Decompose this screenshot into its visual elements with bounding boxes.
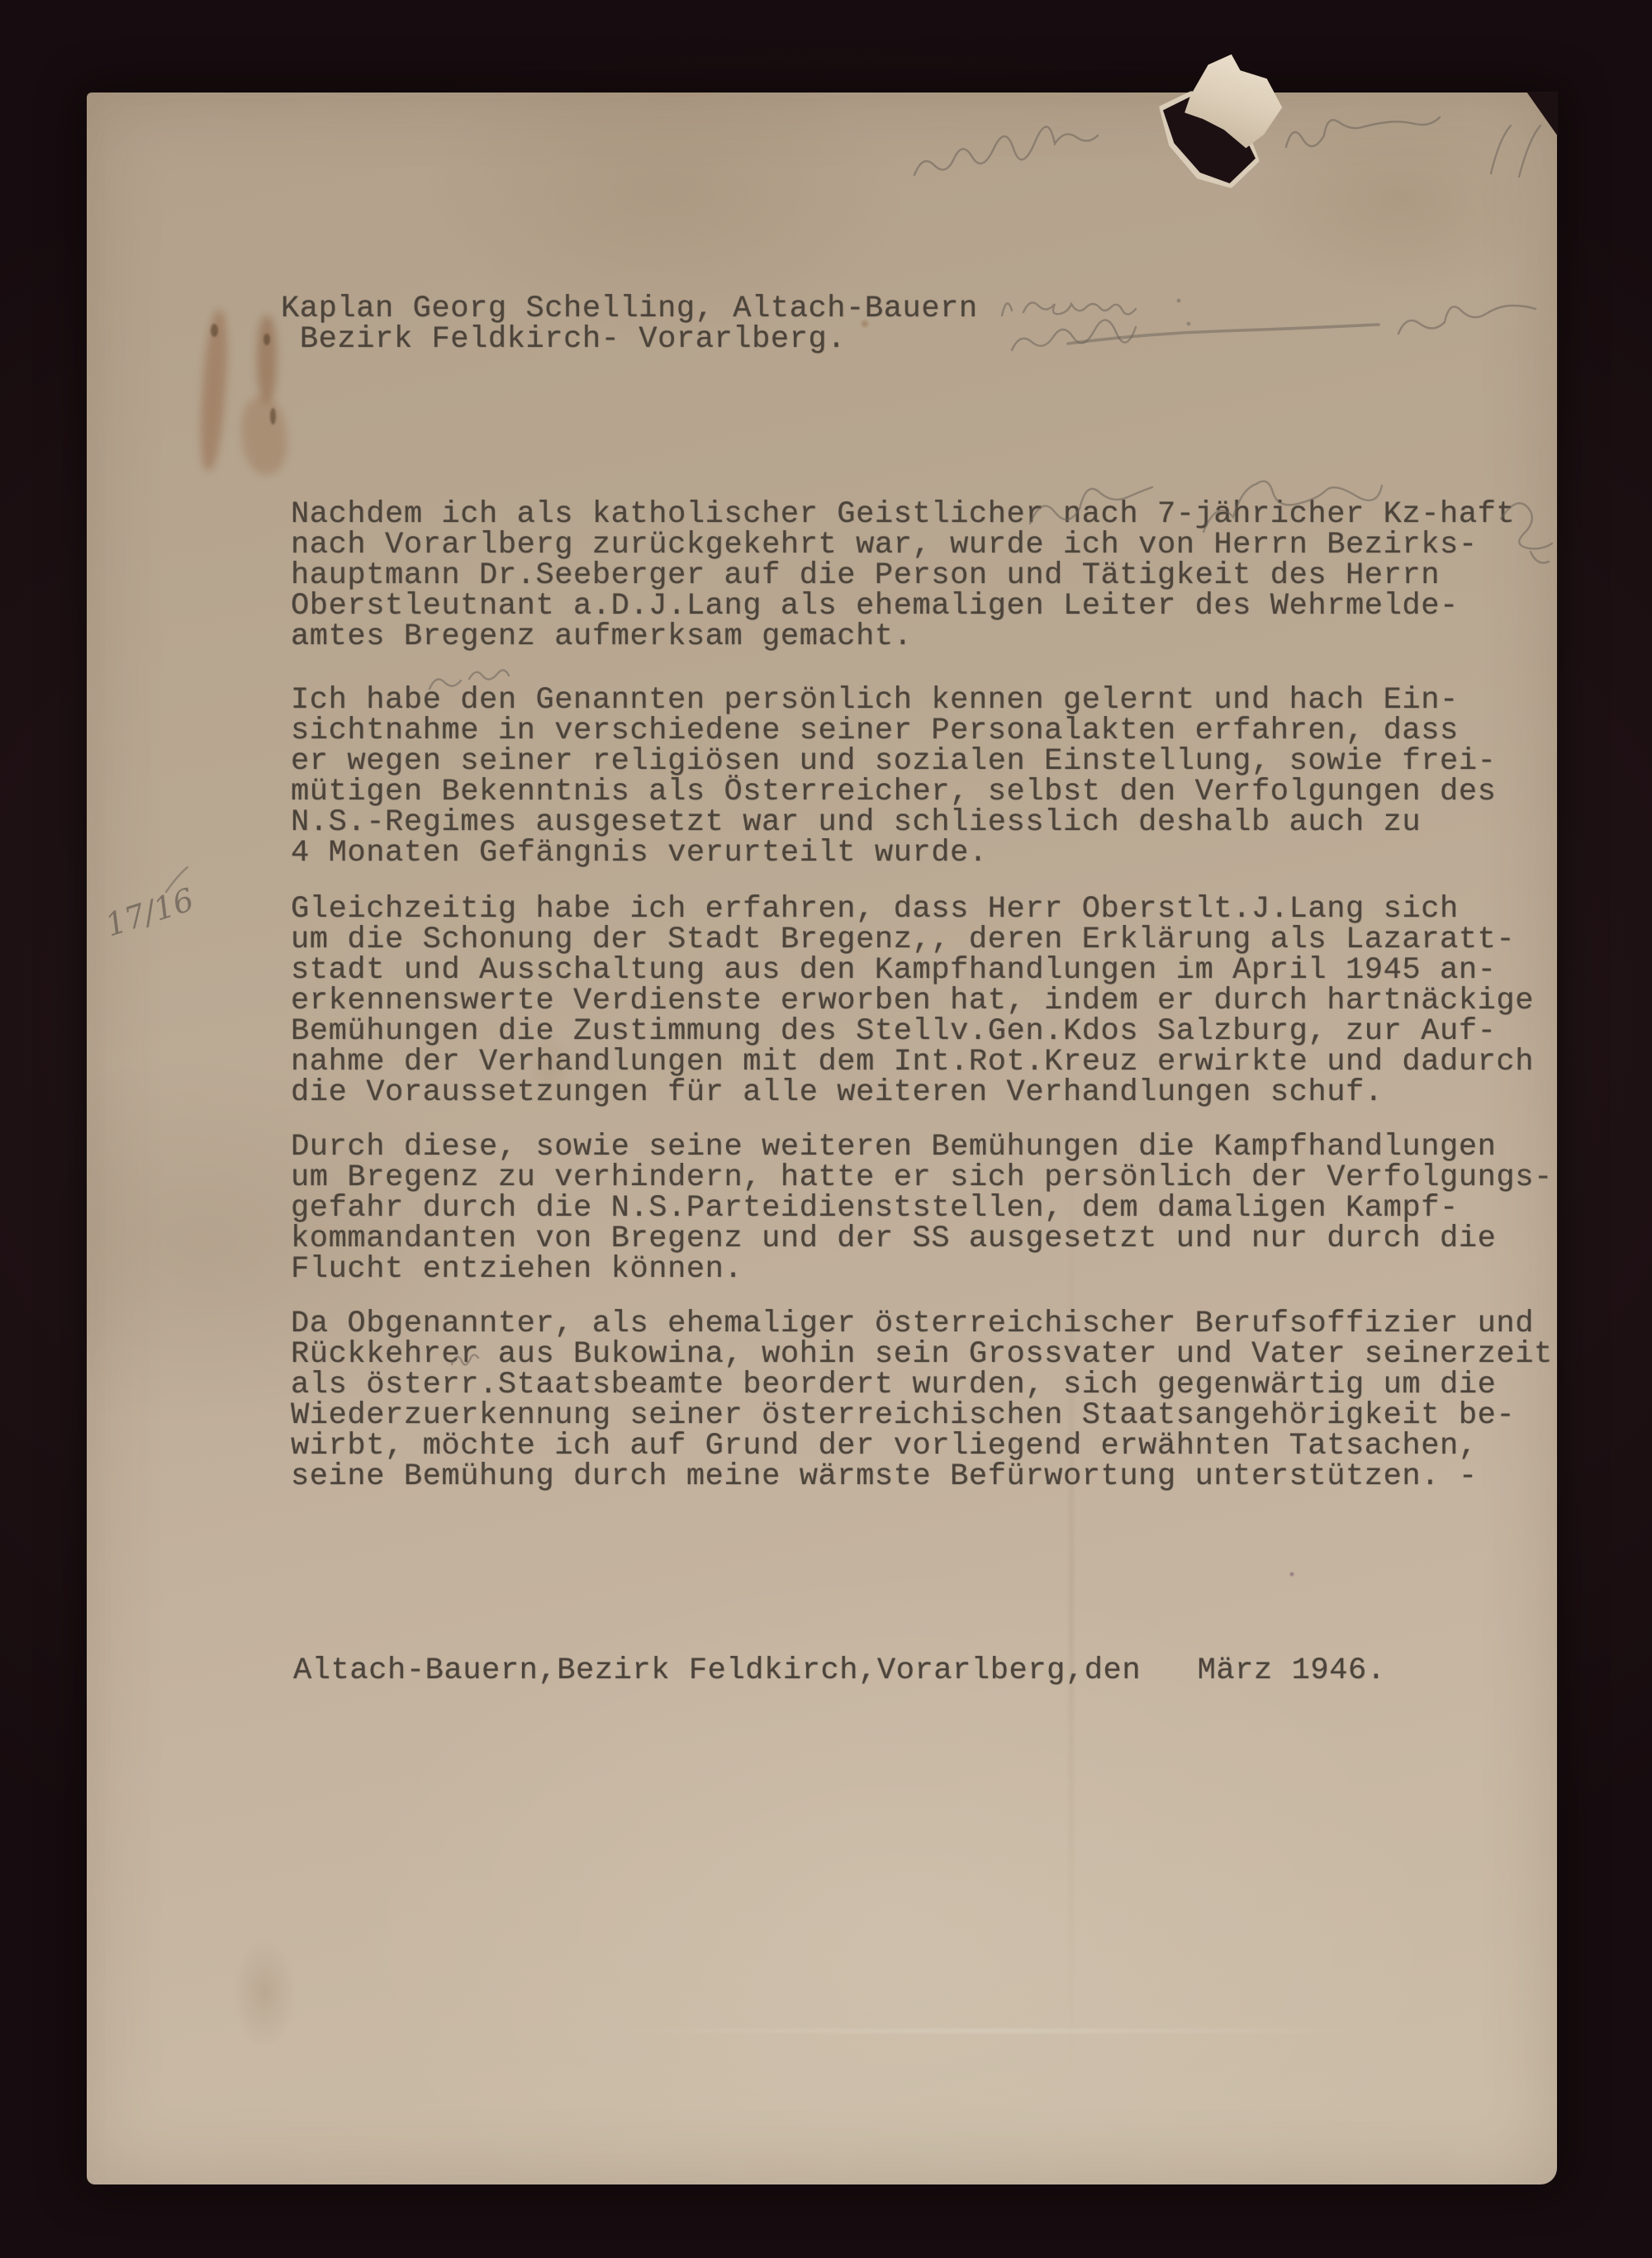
sender-line-1: Kaplan Georg Schelling, Altach-Bauern xyxy=(281,294,978,325)
paragraph-2: Ich habe den Genannten persönlich kennen… xyxy=(291,685,1496,869)
rust-speck xyxy=(270,408,276,425)
pencil-scribble-line1 xyxy=(914,126,1098,175)
torn-corner xyxy=(1526,92,1558,136)
pencil-strike xyxy=(1068,325,1379,344)
pencil-scribble-header xyxy=(1002,302,1136,315)
dateline: Altach-Bauern,Bezirk Feldkirch,Vorarlber… xyxy=(293,1656,1386,1686)
photo-background: Kaplan Georg Schelling, Altach-Bauern Be… xyxy=(0,0,1652,2258)
paper-crease xyxy=(599,2029,1384,2033)
rust-stain xyxy=(257,315,277,402)
margin-note-flourish xyxy=(166,867,188,892)
pencil-scribble-line2b xyxy=(1398,306,1536,334)
sender-line-2: Bezirk Feldkirch- Vorarlberg. xyxy=(281,325,978,355)
margin-note: 17/16 xyxy=(101,881,198,944)
rust-speck xyxy=(211,324,218,337)
pencil-scribble-line2 xyxy=(1012,320,1136,350)
paragraph-3: Gleichzeitig habe ich erfahren, dass Her… xyxy=(291,894,1534,1108)
pencil-scribble-line1b xyxy=(1286,117,1440,147)
paragraph-5: Da Obgenannter, als ehemaliger österreic… xyxy=(291,1309,1553,1492)
rust-stain xyxy=(238,394,291,477)
paragraph-4: Durch diese, sowie seine weiteren Bemühu… xyxy=(291,1132,1553,1285)
sender-address: Kaplan Georg Schelling, Altach-Bauern Be… xyxy=(281,294,978,355)
paragraph-1: Nachdem ich als katholischer Geistlicher… xyxy=(291,500,1515,652)
document-paper: Kaplan Georg Schelling, Altach-Bauern Be… xyxy=(87,93,1557,2184)
rust-speck xyxy=(263,334,270,345)
